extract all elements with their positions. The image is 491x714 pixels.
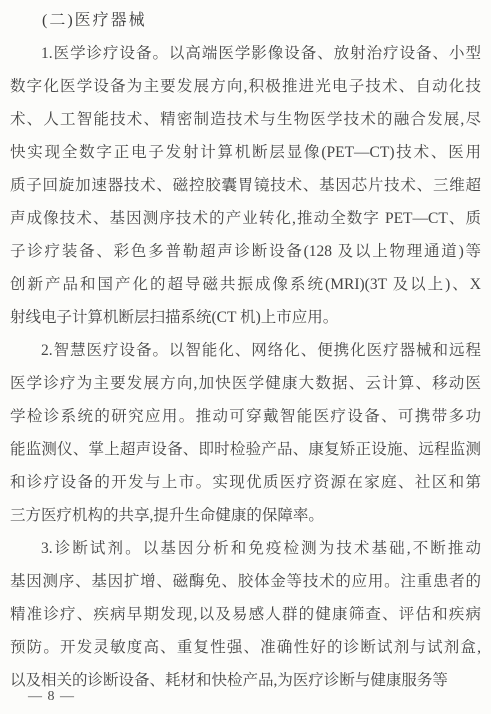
text-line: 1.医学诊疗设备。以高端医学影像设备、放射治疗设备、小型	[10, 37, 481, 70]
text-line: 质子回旋加速器技术、磁控胶囊胃镜技术、基因芯片技术、三维超	[10, 169, 481, 202]
text-line: 2.智慧医疗设备。以智能化、网络化、便携化医疗器械和远程	[10, 334, 481, 367]
text-line: 预防。开发灵敏度高、重复性强、准确性好的诊断试剂与试剂盒,	[10, 631, 481, 664]
text-line: 3.诊断试剂。以基因分析和免疫检测为技术基础,不断推动	[10, 532, 481, 565]
document-body: 1.医学诊疗设备。以高端医学影像设备、放射治疗设备、小型数字化医学设备为主要发展…	[10, 37, 481, 697]
page-number: — 8 —	[28, 690, 75, 704]
text-line: 数字化医学设备为主要发展方向,积极推进光电子技术、自动化技	[10, 70, 481, 103]
section-heading: (二)医疗器械	[10, 4, 481, 37]
paragraph: 3.诊断试剂。以基因分析和免疫检测为技术基础,不断推动基因测序、基因扩增、磁酶免…	[10, 532, 481, 697]
text-line: 医学诊疗为主要发展方向,加快医学健康大数据、云计算、移动医	[10, 367, 481, 400]
text-line: 快实现全数字正电子发射计算机断层显像(PET—CT)技术、医用	[10, 136, 481, 169]
text-line: 精准诊疗、疾病早期发现,以及易感人群的健康筛查、评估和疾病	[10, 598, 481, 631]
text-line: 和诊疗设备的开发与上市。实现优质医疗资源在家庭、社区和第	[10, 466, 481, 499]
text-line: 基因测序、基因扩增、磁酶免、胶体金等技术的应用。注重患者的	[10, 565, 481, 598]
text-line: 能监测仪、掌上超声设备、即时检验产品、康复矫正设施、远程监测	[10, 433, 481, 466]
paragraph: 2.智慧医疗设备。以智能化、网络化、便携化医疗器械和远程医学诊疗为主要发展方向,…	[10, 334, 481, 532]
text-line: 射线电子计算机断层扫描系统(CT 机)上市应用。	[10, 301, 481, 334]
text-line: 学检诊系统的研究应用。推动可穿戴智能医疗设备、可携带多功	[10, 400, 481, 433]
text-line: 三方医疗机构的共享,提升生命健康的保障率。	[10, 499, 481, 532]
text-line: 术、人工智能技术、精密制造技术与生物医学技术的融合发展,尽	[10, 103, 481, 136]
text-line: 声成像技术、基因测序技术的产业转化,推动全数字 PET—CT、质	[10, 202, 481, 235]
text-line: 以及相关的诊断设备、耗材和快检产品,为医疗诊断与健康服务等	[10, 664, 481, 697]
paragraph: 1.医学诊疗设备。以高端医学影像设备、放射治疗设备、小型数字化医学设备为主要发展…	[10, 37, 481, 334]
document-page: (二)医疗器械 1.医学诊疗设备。以高端医学影像设备、放射治疗设备、小型数字化医…	[0, 0, 491, 714]
text-line: 子诊疗装备、彩色多普勒超声诊断设备(128 及以上物理通道)等	[10, 235, 481, 268]
text-line: 创新产品和国产化的超导磁共振成像系统(MRI)(3T 及以上)、X	[10, 268, 481, 301]
